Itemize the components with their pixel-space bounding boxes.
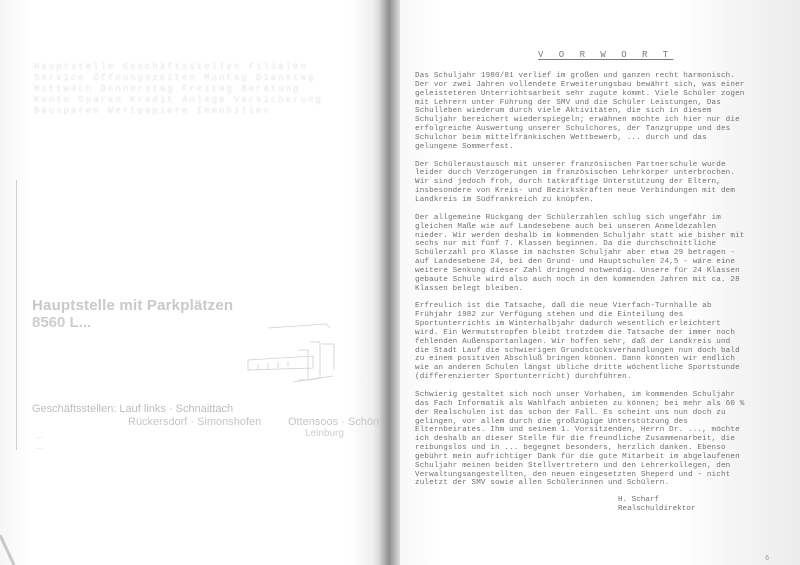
ad-branches-line-4: Leinburg — [305, 428, 344, 439]
body-text: Das Schuljahr 1980/81 verlief im großen … — [415, 72, 745, 497]
building-sketch-icon — [238, 320, 338, 390]
signature-name: H. Scharf — [618, 496, 695, 505]
signature-position: Realschuldirektor — [618, 505, 695, 514]
ad-address: 8560 L... — [32, 314, 91, 331]
paragraph-1: Das Schuljahr 1980/81 verlief im großen … — [415, 72, 745, 152]
bleed-through-text: Hauptstelle Geschäftsstellen Filialen Se… — [34, 62, 334, 262]
page-title: V O R W O R T — [538, 50, 673, 60]
ad-small-line-2: ... — [36, 441, 44, 451]
paragraph-5: Schwierig gestaltet sich noch unser Vorh… — [415, 391, 745, 488]
ad-title: Hauptstelle mit Parkplätzen — [32, 297, 233, 314]
page-corner-fold — [0, 535, 20, 565]
ad-small-line-1: ... — [36, 430, 44, 440]
ad-branches-line-1: Geschäftsstellen: Lauf links · Schnaitta… — [32, 403, 233, 415]
page-edge-line — [16, 180, 17, 450]
right-page: V O R W O R T Das Schuljahr 1980/81 verl… — [400, 0, 800, 565]
paragraph-4: Erfreulich ist die Tatsache, daß die neu… — [415, 302, 745, 382]
page-number: 6 — [765, 555, 769, 563]
ad-branches-line-2: Rückersdorf · Simonshofen — [128, 416, 261, 428]
left-page: Hauptstelle Geschäftsstellen Filialen Se… — [0, 0, 388, 565]
signature-block: H. Scharf Realschuldirektor — [618, 496, 695, 514]
paragraph-2: Der Schüleraustausch mit unserer französ… — [415, 161, 745, 205]
document-spread: Hauptstelle Geschäftsstellen Filialen Se… — [0, 0, 800, 565]
paragraph-3: Der allgemeine Rückgang der Schülerzahle… — [415, 214, 745, 294]
